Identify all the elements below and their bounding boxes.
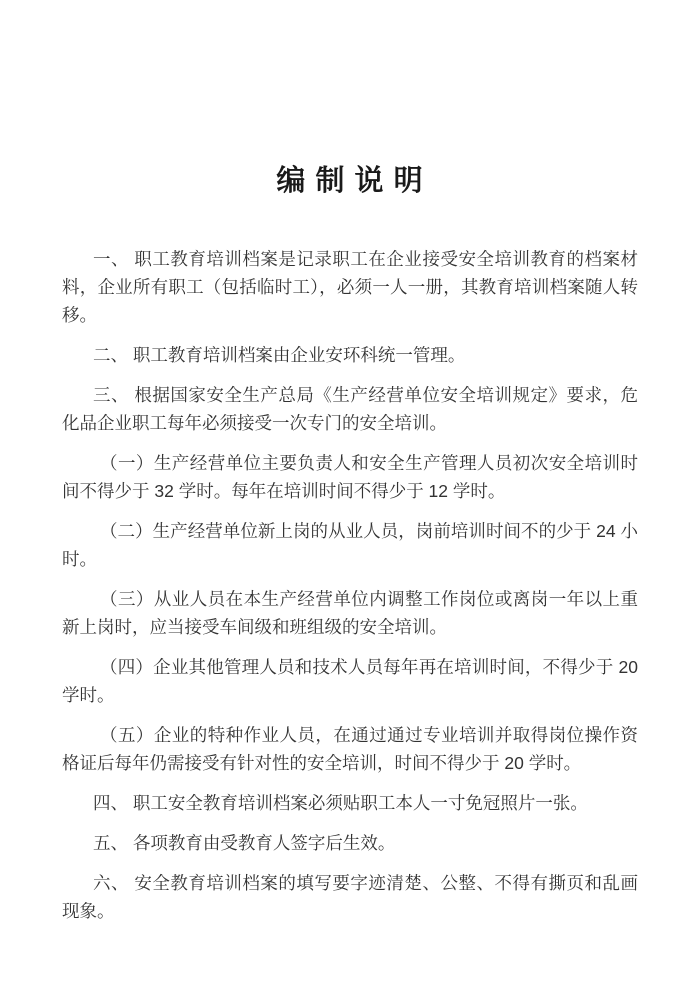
paragraph: （二）生产经营单位新上岗的从业人员，岗前培训时间不的少于 24 小时。	[62, 517, 638, 573]
paragraph: （五）企业的特种作业人员，在通过通过专业培训并取得岗位操作资格证后每年仍需接受有…	[62, 721, 638, 777]
paragraph: 三、 根据国家安全生产总局《生产经营单位安全培训规定》要求，危化品企业职工每年必…	[62, 381, 638, 437]
paragraph: 一、 职工教育培训档案是记录职工在企业接受安全培训教育的档案材料，企业所有职工（…	[62, 245, 638, 329]
paragraph: 二、 职工教育培训档案由企业安环科统一管理。	[62, 341, 638, 369]
paragraph: 六、 安全教育培训档案的填写要字迹清楚、公整、不得有撕页和乱画现象。	[62, 869, 638, 925]
paragraph: （四）企业其他管理人员和技术人员每年再在培训时间，不得少于 20 学时。	[62, 653, 638, 709]
paragraph: 五、 各项教育由受教育人签字后生效。	[62, 829, 638, 857]
page-title: 编 制 说 明	[62, 162, 638, 200]
paragraph: （三）从业人员在本生产经营单位内调整工作岗位或离岗一年以上重新上岗时，应当接受车…	[62, 585, 638, 641]
paragraph: （一）生产经营单位主要负责人和安全生产管理人员初次安全培训时间不得少于 32 学…	[62, 449, 638, 505]
document-page: 编 制 说 明 一、 职工教育培训档案是记录职工在企业接受安全培训教育的档案材料…	[0, 0, 700, 990]
paragraph: 四、 职工安全教育培训档案必须贴职工本人一寸免冠照片一张。	[62, 789, 638, 817]
paragraph-list: 一、 职工教育培训档案是记录职工在企业接受安全培训教育的档案材料，企业所有职工（…	[62, 245, 638, 925]
